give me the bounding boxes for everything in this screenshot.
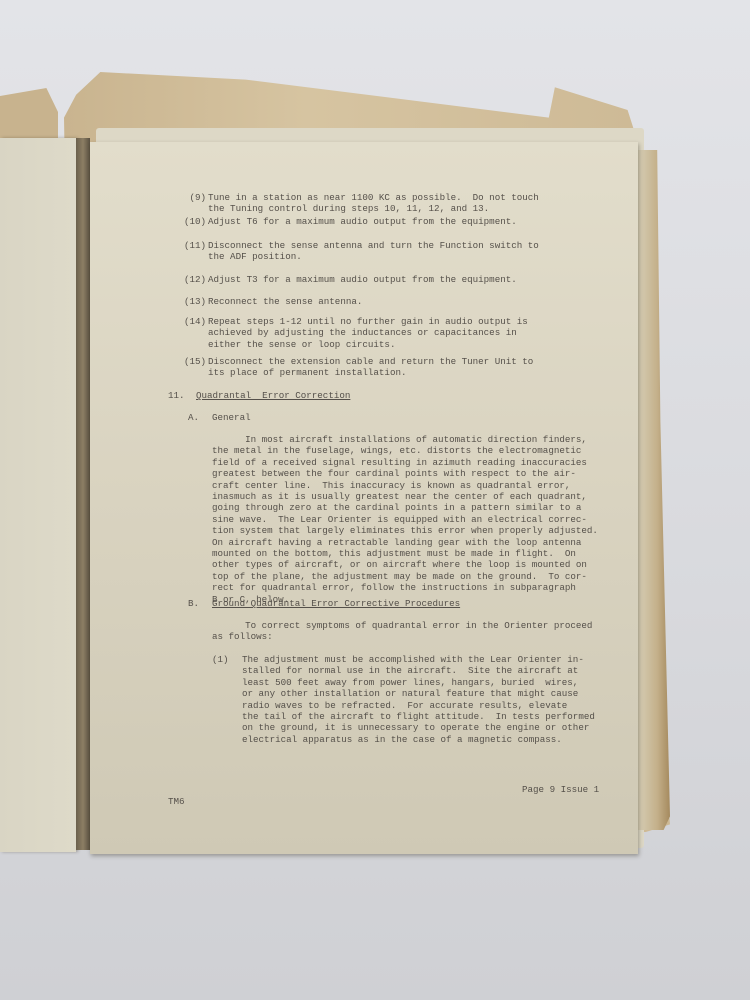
subsection-b-title: Ground Quadrantal Error Corrective Proce… <box>212 598 460 609</box>
step-number: (14) <box>176 316 206 327</box>
procedure-step: (10)Adjust T6 for a maximum audio output… <box>208 216 568 227</box>
subsection-b-intro: To correct symptoms of quadrantal error … <box>212 620 592 643</box>
step-number: (9) <box>176 192 206 203</box>
step-text: Tune in a station as near 1100 KC as pos… <box>208 192 568 215</box>
step-text: Reconnect the sense antenna. <box>208 296 568 307</box>
step-1-number: (1) <box>212 654 229 665</box>
step-number: (13) <box>176 296 206 307</box>
step-number: (15) <box>176 356 206 367</box>
step-text: Disconnect the sense antenna and turn th… <box>208 240 568 263</box>
procedure-step: (12)Adjust T3 for a maximum audio output… <box>208 274 568 285</box>
document-page: (9)Tune in a station as near 1100 KC as … <box>90 142 638 854</box>
section-number: 11. <box>168 390 185 401</box>
procedure-step: (11)Disconnect the sense antenna and tur… <box>208 240 568 263</box>
procedure-step: (14)Repeat steps 1-12 until no further g… <box>208 316 568 350</box>
footer-page-number: Page 9 Issue 1 <box>522 784 599 795</box>
step-text: Adjust T3 for a maximum audio output fro… <box>208 274 568 285</box>
step-text: Adjust T6 for a maximum audio output fro… <box>208 216 568 227</box>
step-number: (11) <box>176 240 206 251</box>
footer-doc-id: TM6 <box>168 796 185 807</box>
step-number: (12) <box>176 274 206 285</box>
subsection-a-title: General <box>212 412 251 423</box>
left-facing-page <box>0 138 76 852</box>
procedure-step: (13)Reconnect the sense antenna. <box>208 296 568 307</box>
procedure-step: (9)Tune in a station as near 1100 KC as … <box>208 192 568 215</box>
section-title: Quadrantal Error Correction <box>196 390 350 401</box>
step-1-text: The adjustment must be accomplished with… <box>242 654 595 745</box>
subsection-a-letter: A. <box>188 412 199 423</box>
procedure-step: (15)Disconnect the extension cable and r… <box>208 356 568 379</box>
step-text: Disconnect the extension cable and retur… <box>208 356 568 379</box>
folder-right-edge <box>638 150 670 830</box>
step-text: Repeat steps 1-12 until no further gain … <box>208 316 568 350</box>
binding-gap <box>76 138 90 850</box>
subsection-a-paragraph: In most aircraft installations of automa… <box>212 434 598 605</box>
subsection-b-letter: B. <box>188 598 199 609</box>
step-number: (10) <box>176 216 206 227</box>
